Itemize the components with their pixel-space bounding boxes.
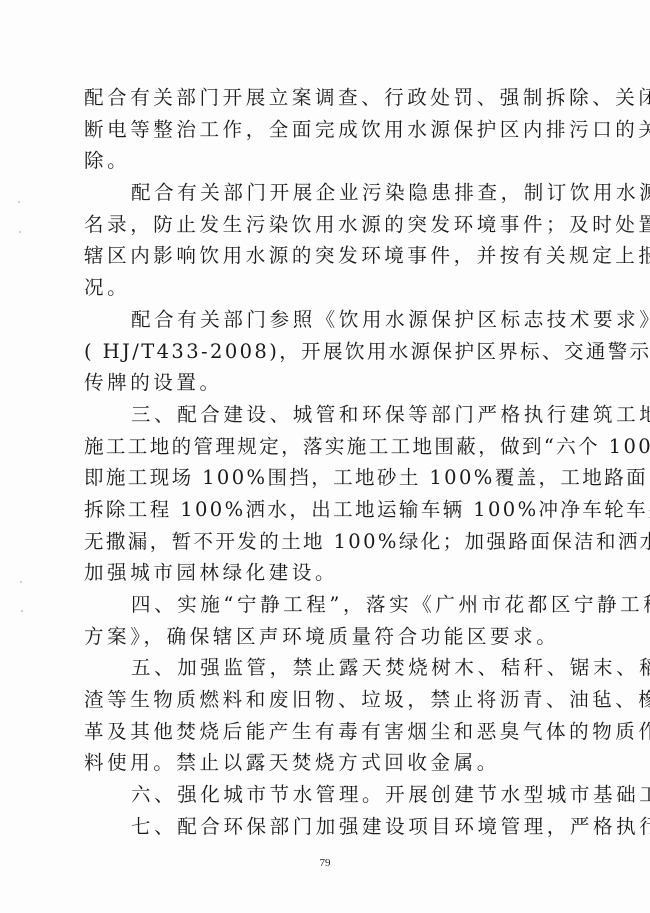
text-line: 即施工现场 100%围挡，工地砂土 100%覆盖，工地路面 100%硬化， — [84, 462, 564, 494]
text-line: 传牌的设置。 — [84, 367, 564, 399]
text-line: 辖区内影响饮用水源的突发环境事件，并按有关规定上报相关情 — [84, 240, 564, 272]
text-line: 断电等整治工作，全面完成饮用水源保护区内排污口的关闭和拆 — [84, 114, 564, 146]
scan-speck — [19, 231, 21, 233]
paragraph-start-line: 七、配合环保部门加强建设项目环境管理，严格执行环境影 — [84, 811, 564, 843]
page-number: 79 — [0, 857, 650, 869]
text-line: 况。 — [84, 272, 564, 304]
text-line: 配合有关部门开展立案调查、行政处罚、强制拆除、关闭、断水、 — [84, 82, 564, 114]
text-line: 除。 — [84, 145, 564, 177]
paragraph-start-line: 配合有关部门开展企业污染隐患排查，制订饮用水源风险源 — [84, 177, 564, 209]
text-line: 加强城市园林绿化建设。 — [84, 557, 564, 589]
text-line: ( HJ/T433-2008)，开展饮用水源保护区界标、交通警示牌和宣 — [84, 336, 564, 368]
paragraph-start-line: 六、强化城市节水管理。开展创建节水型城市基础工作。 — [84, 779, 564, 811]
text-line: 名录，防止发生污染饮用水源的突发环境事件；及时处置发生在 — [84, 209, 564, 241]
scan-speck — [18, 201, 20, 203]
document-page: 配合有关部门开展立案调查、行政处罚、强制拆除、关闭、断水、 断电等整治工作，全面… — [0, 0, 650, 913]
text-line: 革及其他焚烧后能产生有毒有害烟尘和恶臭气体的物质作为燃 — [84, 716, 564, 748]
text-line: 料使用。禁止以露天焚烧方式回收金属。 — [84, 747, 564, 779]
body-text: 配合有关部门开展立案调查、行政处罚、强制拆除、关闭、断水、 断电等整治工作，全面… — [84, 82, 564, 843]
paragraph-start-line: 四、实施“宁静工程”，落实《广州市花都区宁静工程实施 — [84, 589, 564, 621]
text-line: 无撒漏，暂不开发的土地 100%绿化；加强路面保洁和洒水消尘； — [84, 526, 564, 558]
paragraph-start-line: 配合有关部门参照《饮用水源保护区标志技术要求》 — [84, 304, 564, 336]
paragraph-start-line: 五、加强监管，禁止露天焚烧树木、秸秆、锯末、稻壳、蔗 — [84, 652, 564, 684]
scan-speck — [20, 581, 22, 583]
text-line: 拆除工程 100%洒水，出工地运输车辆 100%冲净车轮车身且密闭 — [84, 494, 564, 526]
text-line: 施工工地的管理规定，落实施工工地围蔽，做到“六个 100%”， — [84, 431, 564, 463]
text-line: 方案》，确保辖区声环境质量符合功能区要求。 — [84, 621, 564, 653]
paragraph-start-line: 三、配合建设、城管和环保等部门严格执行建筑工地和道路 — [84, 399, 564, 431]
scan-speck — [21, 610, 23, 612]
text-line: 渣等生物质燃料和废旧物、垃圾，禁止将沥青、油毡、橡胶、皮 — [84, 684, 564, 716]
